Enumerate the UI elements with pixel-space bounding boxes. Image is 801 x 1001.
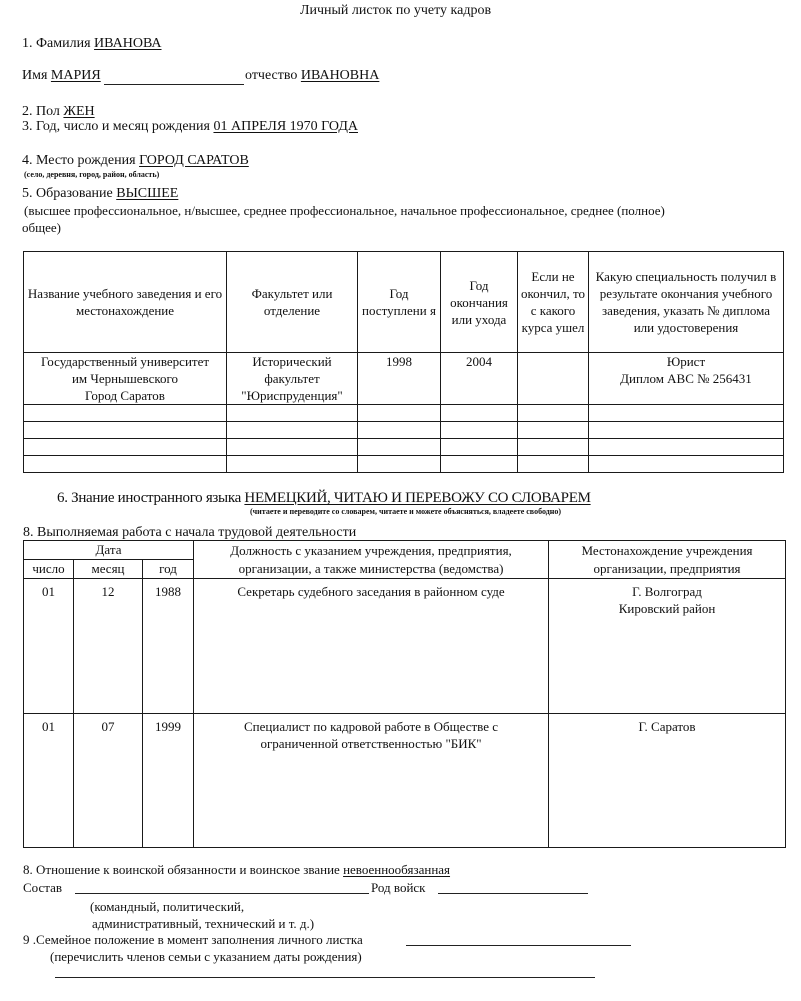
empty-cell[interactable] (518, 439, 589, 456)
branch-input-line[interactable] (438, 893, 588, 894)
header-location: Местонахождение учреждения организации, … (549, 541, 786, 579)
surname-label: 1. Фамилия (22, 36, 91, 51)
header-day: число (24, 560, 74, 579)
education-empty-row (24, 422, 784, 439)
empty-cell[interactable] (589, 456, 784, 473)
header-dropout-course: Если не окончил, то с какого курса ушел (518, 252, 589, 353)
work-header-row: Дата Должность с указанием учреждения, п… (24, 541, 786, 560)
birth-place-hint: (село, деревня, город, район, область) (24, 170, 159, 179)
language-value[interactable]: НЕМЕЦКИЙ, ЧИТАЮ И ПЕРЕВОЖУ СО СЛОВАРЕМ (244, 490, 590, 506)
work-table: Дата Должность с указанием учреждения, п… (23, 540, 786, 848)
name-label: Имя (22, 68, 47, 83)
education-hint-line1: (высшее профессиональное, н/высшее, сред… (24, 203, 665, 219)
empty-cell[interactable] (358, 456, 441, 473)
language-field: 6. Знание иностранного языка НЕМЕЦКИЙ, Ч… (57, 490, 591, 507)
empty-cell[interactable] (227, 422, 358, 439)
language-label: 6. Знание иностранного языка (57, 490, 241, 506)
composition-input-line[interactable] (75, 893, 369, 894)
empty-cell[interactable] (589, 405, 784, 422)
education-label: 5. Образование (22, 186, 113, 201)
family-members-line[interactable] (55, 977, 595, 978)
sex-value[interactable]: ЖЕН (63, 104, 94, 119)
name-field: Имя МАРИЯ (22, 68, 101, 84)
cell-month[interactable]: 07 (74, 714, 143, 848)
patronymic-label: отчество (245, 68, 297, 83)
cell-dropout-course[interactable] (518, 353, 589, 405)
cell-position[interactable]: Специалист по кадровой работе в Обществе… (194, 714, 549, 848)
empty-cell[interactable] (227, 439, 358, 456)
education-row: Государственный университет им Чернышевс… (24, 353, 784, 405)
empty-cell[interactable] (441, 456, 518, 473)
empty-cell[interactable] (518, 422, 589, 439)
empty-cell[interactable] (441, 439, 518, 456)
empty-cell[interactable] (24, 405, 227, 422)
cell-institution[interactable]: Государственный университет им Чернышевс… (24, 353, 227, 405)
cell-year-start[interactable]: 1998 (358, 353, 441, 405)
cell-year[interactable]: 1999 (143, 714, 194, 848)
cell-day[interactable]: 01 (24, 579, 74, 714)
birth-place-label: 4. Место рождения (22, 153, 136, 168)
education-value[interactable]: ВЫСШЕЕ (116, 186, 178, 201)
family-label: 9 .Семейное положение в момент заполнени… (23, 932, 363, 948)
surname-field: 1. Фамилия ИВАНОВА (22, 36, 162, 52)
header-date: Дата (24, 541, 194, 560)
header-specialty: Какую специальность получил в результате… (589, 252, 784, 353)
empty-cell[interactable] (358, 422, 441, 439)
family-input-line[interactable] (406, 945, 631, 946)
birth-date-value[interactable]: 01 АПРЕЛЯ 1970 ГОДА (213, 119, 358, 134)
language-hint: (читаете и переводите со словарем, читае… (250, 507, 561, 516)
header-year-end: Год окончания или ухода (441, 252, 518, 353)
empty-cell[interactable] (24, 456, 227, 473)
composition-label: Состав (23, 880, 62, 896)
name-value[interactable]: МАРИЯ (51, 68, 101, 83)
empty-cell[interactable] (518, 456, 589, 473)
education-header-row: Название учебного заведения и его местон… (24, 252, 784, 353)
work-row: 01 07 1999 Специалист по кадровой работе… (24, 714, 786, 848)
birth-date-field: 3. Год, число и месяц рождения 01 АПРЕЛЯ… (22, 119, 358, 135)
branch-label: Род войск (371, 880, 426, 896)
empty-cell[interactable] (589, 422, 784, 439)
empty-cell[interactable] (24, 439, 227, 456)
empty-cell[interactable] (441, 405, 518, 422)
sex-field: 2. Пол ЖЕН (22, 104, 95, 120)
empty-cell[interactable] (227, 405, 358, 422)
empty-cell[interactable] (227, 456, 358, 473)
military-value[interactable]: невоеннообязанная (343, 862, 450, 877)
cell-location[interactable]: Г. Саратов (549, 714, 786, 848)
composition-hint-line1: (командный, политический, (90, 899, 244, 915)
work-row: 01 12 1988 Секретарь судебного заседания… (24, 579, 786, 714)
birth-place-field: 4. Место рождения ГОРОД САРАТОВ (22, 153, 249, 169)
education-hint-line2: общее) (22, 220, 61, 236)
document-title: Личный листок по учету кадров (300, 3, 491, 19)
education-empty-row (24, 405, 784, 422)
patronymic-field: отчество ИВАНОВНА (245, 68, 379, 84)
patronymic-value[interactable]: ИВАНОВНА (301, 68, 379, 83)
cell-year-end[interactable]: 2004 (441, 353, 518, 405)
header-year: год (143, 560, 194, 579)
cell-specialty[interactable]: Юрист Диплом АВС № 256431 (589, 353, 784, 405)
cell-faculty[interactable]: Исторический факультет "Юриспруденция" (227, 353, 358, 405)
surname-value[interactable]: ИВАНОВА (94, 36, 161, 51)
empty-cell[interactable] (518, 405, 589, 422)
header-faculty: Факультет или отделение (227, 252, 358, 353)
cell-month[interactable]: 12 (74, 579, 143, 714)
cell-year[interactable]: 1988 (143, 579, 194, 714)
empty-cell[interactable] (358, 405, 441, 422)
cell-location[interactable]: Г. Волгоград Кировский район (549, 579, 786, 714)
empty-cell[interactable] (24, 422, 227, 439)
military-label: 8. Отношение к воинской обязанности и во… (23, 862, 340, 877)
header-year-start: Год поступлени я (358, 252, 441, 353)
education-empty-row (24, 439, 784, 456)
composition-hint-line2: административный, технический и т. д.) (92, 916, 314, 932)
sex-label: 2. Пол (22, 104, 60, 119)
family-hint: (перечислить членов семьи с указанием да… (50, 949, 362, 965)
birth-date-label: 3. Год, число и месяц рождения (22, 119, 210, 134)
header-month: месяц (74, 560, 143, 579)
education-field: 5. Образование ВЫСШЕЕ (22, 186, 178, 202)
name-blank-line (104, 84, 244, 85)
birth-place-value[interactable]: ГОРОД САРАТОВ (139, 153, 249, 168)
header-institution: Название учебного заведения и его местон… (24, 252, 227, 353)
education-table: Название учебного заведения и его местон… (23, 251, 784, 473)
empty-cell[interactable] (441, 422, 518, 439)
cell-position[interactable]: Секретарь судебного заседания в районном… (194, 579, 549, 714)
military-field: 8. Отношение к воинской обязанности и во… (23, 862, 450, 878)
empty-cell[interactable] (589, 439, 784, 456)
education-empty-row (24, 456, 784, 473)
cell-day[interactable]: 01 (24, 714, 74, 848)
header-position: Должность с указанием учреждения, предпр… (194, 541, 549, 579)
work-section-label: 8. Выполняемая работа с начала трудовой … (23, 525, 356, 541)
empty-cell[interactable] (358, 439, 441, 456)
